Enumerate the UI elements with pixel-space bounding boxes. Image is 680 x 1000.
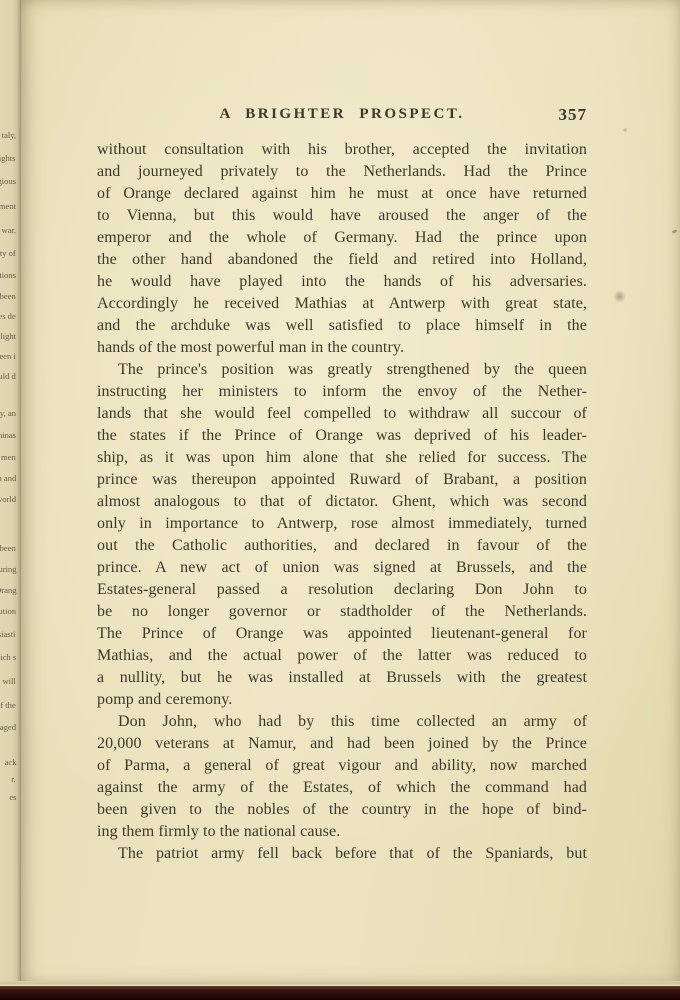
facing-page-text-fragment: aged [0,722,16,732]
facing-page-text-fragment: hich s [0,652,16,662]
text-line: pomp and ceremony. [97,689,587,711]
text-line: Mathias, and the actual power of the lat… [97,645,587,667]
text-line: out the Catholic authorities, and declar… [97,535,587,557]
facing-page-text-fragment: rights [0,153,16,163]
paper-smudge [622,128,628,132]
facing-page-text-fragment: taly, [2,130,16,140]
text-line: Don John, who had by this time collected… [97,711,587,733]
facing-page-text-fragment: siasti [0,629,16,639]
text-line: hands of the most powerful man in the co… [97,337,587,359]
facing-page-text-fragment: ry, an [0,408,16,418]
facing-page-text-fragment: t war. [0,225,16,235]
text-line: without consultation with his brother, a… [97,139,587,161]
text-line: instructing her ministers to inform the … [97,381,587,403]
text-line: Estates-general passed a resolution decl… [97,579,587,601]
text-line: against the army of the Estates, of whic… [97,777,587,799]
text-line: lands that she would feel compelled to w… [97,403,587,425]
text-line: ship, as it was upon him alone that she … [97,447,587,469]
text-line: the states if the Prince of Orange was d… [97,425,587,447]
facing-page-text-fragment: been i [0,351,16,361]
facing-page-text-fragment: lution [0,606,16,616]
text-line: a nullity, but he was installed at Bruss… [97,667,587,689]
book-page: A BRIGHTER PROSPECT. 357 without consult… [21,0,680,986]
text-line: emperor and the whole of Germany. Had th… [97,227,587,249]
facing-page-text-fragment: s been [0,543,16,553]
facing-page-text-fragment: tations [0,270,16,280]
text-line: almost analogous to that of dictator. Gh… [97,491,587,513]
text-line: only in importance to Antwerp, rose almo… [97,513,587,535]
text-line: Accordingly he received Mathias at Antwe… [97,293,587,315]
facing-page-text-fragment: during [0,564,16,574]
text-line: The patriot army fell back before that o… [97,843,587,865]
facing-page-edge: taly,rightsigiousementt war.urity oftati… [0,0,21,986]
facing-page-text-fragment: urity of [0,248,16,258]
facing-page-text-fragment: d will [0,676,16,686]
facing-page-text-fragment: ad been [0,291,16,301]
facing-page-text-fragment: l; men [0,452,16,462]
facing-page-text-fragment: chinas [0,430,16,440]
text-line: been given to the nobles of the country … [97,799,587,821]
text-line: prince. A new act of union was signed at… [97,557,587,579]
text-line: The prince's position was greatly streng… [97,359,587,381]
paper-smudge [613,290,626,303]
text-line: of Orange declared against him he must a… [97,183,587,205]
text-line: of Parma, a general of great vigour and … [97,755,587,777]
facing-page-text-fragment: Orang [0,585,16,595]
facing-page-text-fragment: es [9,792,16,802]
text-line: 20,000 veterans at Namur, and had been j… [97,733,587,755]
facing-page-text-fragment: ement [0,201,16,211]
facing-page-text-fragment: igious [0,176,16,186]
text-line: prince was thereupon appointed Ruward of… [97,469,587,491]
text-line: and journeyed privately to the Netherlan… [97,161,587,183]
facing-page-text-fragment: ates de [0,311,16,321]
page-number: 357 [559,105,588,125]
ink-speck [672,229,678,234]
text-line: ing them firmly to the national cause. [97,821,587,843]
facing-page-text-fragment: ack [4,757,16,767]
facing-page-text-fragment: r. [11,774,16,784]
book-cover-edge [0,986,680,1000]
facing-page-text-fragment: delight [0,331,16,341]
facing-page-text-fragment: wn and [0,473,16,483]
facing-page-text-fragment: ould d [0,371,16,381]
text-line: he would have played into the hands of h… [97,271,587,293]
text-line: the other hand abandoned the field and r… [97,249,587,271]
text-line: and the archduke was well satisfied to p… [97,315,587,337]
page-body: without consultation with his brother, a… [97,139,587,865]
text-line: to Vienna, but this would have aroused t… [97,205,587,227]
book-spread: taly,rightsigiousementt war.urity oftati… [0,0,680,1000]
text-line: be no longer governor or stadtholder of … [97,601,587,623]
page-header: A BRIGHTER PROSPECT. 357 [97,106,587,126]
facing-page-text-fragment: world [0,494,16,504]
facing-page-text-fragment: of the [0,700,16,710]
text-line: The Prince of Orange was appointed lieut… [97,623,587,645]
running-title: A BRIGHTER PROSPECT. [97,106,587,123]
